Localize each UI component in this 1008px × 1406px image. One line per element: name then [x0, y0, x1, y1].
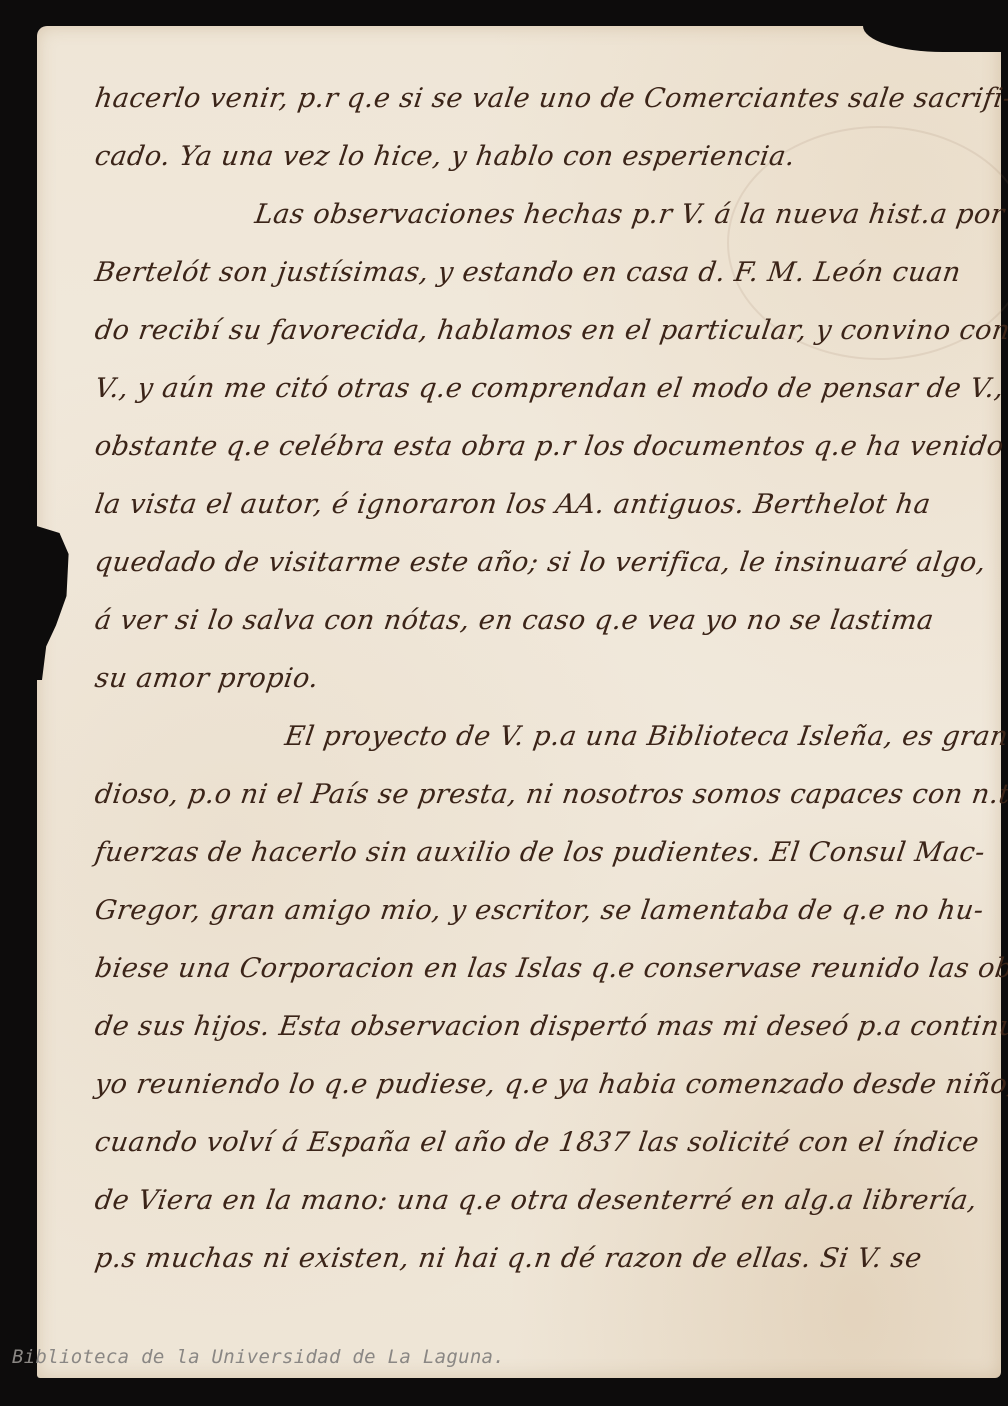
manuscript-line: yo reuniendo lo q.e pudiese, q.e ya habi…	[91, 1056, 979, 1114]
manuscript-line: de Viera en la mano: una q.e otra desent…	[91, 1172, 979, 1230]
manuscript-line: Las observaciones hechas p.r V. á la nue…	[91, 186, 979, 244]
manuscript-line: fuerzas de hacerlo sin auxilio de los pu…	[91, 824, 979, 882]
manuscript-line: la vista el autor, é ignoraron los AA. a…	[91, 476, 979, 534]
manuscript-line: Gregor, gran amigo mio, y escritor, se l…	[91, 882, 979, 940]
manuscript-line: á ver si lo salva con nótas, en caso q.e…	[91, 592, 979, 650]
manuscript-line: obstante q.e celébra esta obra p.r los d…	[91, 418, 979, 476]
manuscript-line: do recibí su favorecida, hablamos en el …	[91, 302, 979, 360]
manuscript-line: cado. Ya una vez lo hice, y hablo con es…	[91, 128, 979, 186]
manuscript-line: dioso, p.o ni el País se presta, ni noso…	[91, 766, 979, 824]
library-watermark: Biblioteca de la Universidad de La Lagun…	[12, 1346, 505, 1368]
scan-bottom-border	[0, 1378, 1008, 1406]
manuscript-line: V., y aún me citó otras q.e comprendan e…	[91, 360, 979, 418]
manuscript-line: El proyecto de V. p.a una Biblioteca Isl…	[91, 708, 979, 766]
manuscript-line: cuando volví á España el año de 1837 las…	[91, 1114, 979, 1172]
manuscript-line: quedado de visitarme este año; si lo ver…	[91, 534, 979, 592]
manuscript-line: Bertelót son justísimas, y estando en ca…	[91, 244, 979, 302]
manuscript-line: su amor propio.	[91, 650, 979, 708]
handwritten-text: hacerlo venir, p.r q.e si se vale uno de…	[95, 70, 975, 1288]
manuscript-line: de sus hijos. Esta observacion dispertó …	[91, 998, 979, 1056]
manuscript-line: p.s muchas ni existen, ni hai q.n dé raz…	[91, 1230, 979, 1288]
manuscript-line: biese una Corporacion en las Islas q.e c…	[91, 940, 979, 998]
manuscript-line: hacerlo venir, p.r q.e si se vale uno de…	[91, 70, 979, 128]
